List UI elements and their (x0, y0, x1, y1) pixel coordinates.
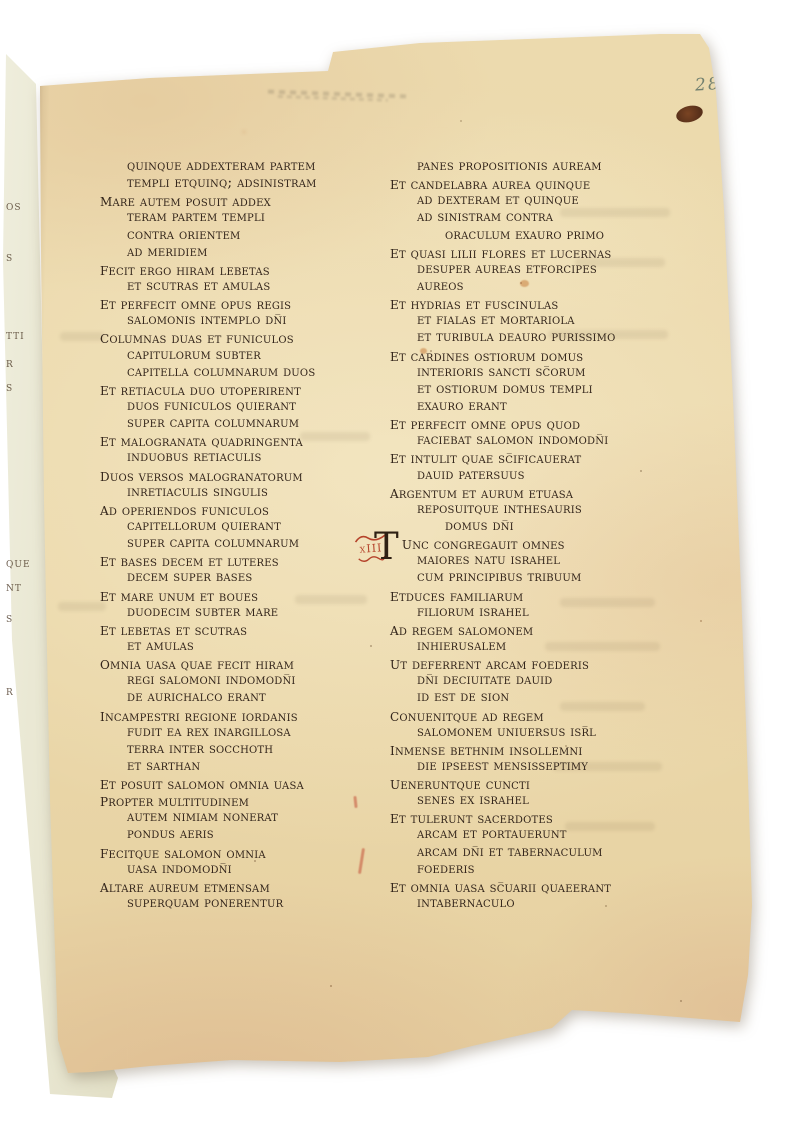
left-column: quinque addexteram partemtempli etquinq;… (100, 158, 400, 912)
text-line: pondus aeris (100, 826, 400, 843)
text-line: ueneruntque cuncti (390, 775, 690, 792)
text-line: et intulit quae sc̅ificauerat (390, 449, 690, 466)
text-line: duodecim subter mare (100, 604, 400, 621)
text-line: et cardines ostiorum domus (390, 347, 690, 364)
text-line: omnia uasa quae fecit hiram (100, 655, 400, 672)
text-line: desuper aureas etforcipes (390, 261, 690, 278)
text-line: et fialas et mortariola (390, 312, 690, 329)
text-line: templi etquinq; adsinistram (100, 175, 400, 192)
text-line: contra orientem (100, 227, 400, 244)
text-line: ut deferrent arcam foederis (390, 655, 690, 672)
text-line: ad sinistram contra (390, 209, 690, 226)
text-line: de aurichalco erant (100, 689, 400, 706)
text-line: mare autem posuit addex (100, 192, 400, 209)
ink-stain (674, 103, 704, 125)
text-line: ad regem salomonem (390, 621, 690, 638)
text-line: capitella columnarum duos (100, 364, 400, 381)
text-line: filiorum israhel (390, 604, 690, 621)
gutter-crease (12, 85, 50, 1077)
text-line: ad operiendos funiculos (100, 501, 400, 518)
text-line: maiores natu israhel (390, 552, 690, 569)
text-line: cum principibus tribuum (390, 569, 690, 586)
text-line: faciebat salomon indomodn̅i (390, 432, 690, 449)
text-line: fecitque salomon omnia (100, 844, 400, 861)
text-line: et tulerunt sacerdotes (390, 809, 690, 826)
text-line: id est de sion (390, 689, 690, 706)
text-line: interioris sancti sc̅orum (390, 364, 690, 381)
text-line: et turibula deauro purissimo (390, 329, 690, 346)
text-line: teram partem templi (100, 209, 400, 226)
text-line: oraculum exauro primo (390, 227, 690, 244)
folio-number: 285. (694, 72, 741, 95)
text-line: autem nimiam nonerat (100, 809, 400, 826)
text-line: die ipseest mensisseptimy (390, 758, 690, 775)
text-line: etduces familiarum (390, 587, 690, 604)
text-line: intabernaculo (390, 895, 690, 912)
drop-initial: T (374, 532, 399, 562)
text-line: arcam et portauerunt (390, 826, 690, 843)
faint-inscription-mark (268, 90, 408, 99)
text-line: et bases decem et luteres (100, 552, 400, 569)
text-line: dauid patersuus (390, 467, 690, 484)
text-line: ad dexteram et quinque (390, 192, 690, 209)
manuscript-page: 285. xIII quinque addexteram partemtempl… (0, 0, 800, 1122)
text-line: et quasi lilii flores et lucernas (390, 244, 690, 261)
text-line: duos versos malogranatorum (100, 467, 400, 484)
scan-background: { "page": { "folio_number": "285.", "cha… (0, 0, 800, 1122)
text-line: duos funiculos quierant (100, 398, 400, 415)
text-line: fudit ea rex inargillosa (100, 724, 400, 741)
text-line: conuenitque ad regem (390, 707, 690, 724)
text-line: et mare unum et boues (100, 587, 400, 604)
text-line: et retiacula duo utoperirent (100, 381, 400, 398)
text-line: super capita columnarum (100, 535, 400, 552)
text-line: uasa indomodn̅i (100, 861, 400, 878)
text-line: propter multitudinem (100, 792, 400, 809)
text-line: domus dn̅i (390, 518, 690, 535)
text-line: Tunc congregauit omnes (390, 535, 690, 552)
text-line: columnas duas et funiculos (100, 329, 400, 346)
text-line: decem super bases (100, 569, 400, 586)
text-line: foederis (390, 861, 690, 878)
text-line: aureos (390, 278, 690, 295)
text-line: arcam dn̅i et tabernaculum (390, 844, 690, 861)
text-line: et perfecit omne opus quod (390, 415, 690, 432)
text-line: argentum et aurum etuasa (390, 484, 690, 501)
text-line: et hydrias et fuscinulas (390, 295, 690, 312)
text-line: altare aureum etmensam (100, 878, 400, 895)
text-line: induobus retiaculis (100, 449, 400, 466)
parchment-speckles (0, 0, 2, 2)
text-line: et omnia uasa sc̅uarii quaeerant (390, 878, 690, 895)
text-line: capitellorum quierant (100, 518, 400, 535)
text-line: et sarthan (100, 758, 400, 775)
text-line: super capita columnarum (100, 415, 400, 432)
text-line: reposuitque inthesauris (390, 501, 690, 518)
text-line: superquam ponerentur (100, 895, 400, 912)
text-line: inmense bethnim insollemni (390, 741, 690, 758)
text-line: et scutras et amulas (100, 278, 400, 295)
right-column: panes propositionis aureamet candelabra … (390, 158, 690, 912)
text-line: salomonem uniuersus isr̅l (390, 724, 690, 741)
text-line: et malogranata quadringenta (100, 432, 400, 449)
text-line: et amulas (100, 638, 400, 655)
text-line: et perfecit omne opus regis (100, 295, 400, 312)
text-line: exauro erant (390, 398, 690, 415)
text-line: terra inter socchoth (100, 741, 400, 758)
text-line: quinque addexteram partem (100, 158, 400, 175)
text-line: senes ex israhel (390, 792, 690, 809)
show-through-smudge (58, 602, 106, 611)
text-line: et ostiorum domus templi (390, 381, 690, 398)
text-line: salomonis intemplo dn̅i (100, 312, 400, 329)
text-line: dn̅i deciuitate dauid (390, 672, 690, 689)
show-through-smudge (60, 332, 105, 341)
text-line: ad meridiem (100, 244, 400, 261)
text-line: inhierusalem (390, 638, 690, 655)
text-line: et candelabra aurea quinque (390, 175, 690, 192)
text-line: et lebetas et scutras (100, 621, 400, 638)
text-line: fecit ergo hiram lebetas (100, 261, 400, 278)
text-line: inretiaculis singulis (100, 484, 400, 501)
text-line: et posuit salomon omnia uasa (100, 775, 400, 792)
leaf-wrapper: 285. xIII quinque addexteram partemtempl… (0, 0, 800, 1122)
text-line: panes propositionis auream (390, 158, 690, 175)
text-line: regi salomoni indomodn̅i (100, 672, 400, 689)
text-line: incampestri regione iordanis (100, 707, 400, 724)
text-line: capitulorum subter (100, 347, 400, 364)
